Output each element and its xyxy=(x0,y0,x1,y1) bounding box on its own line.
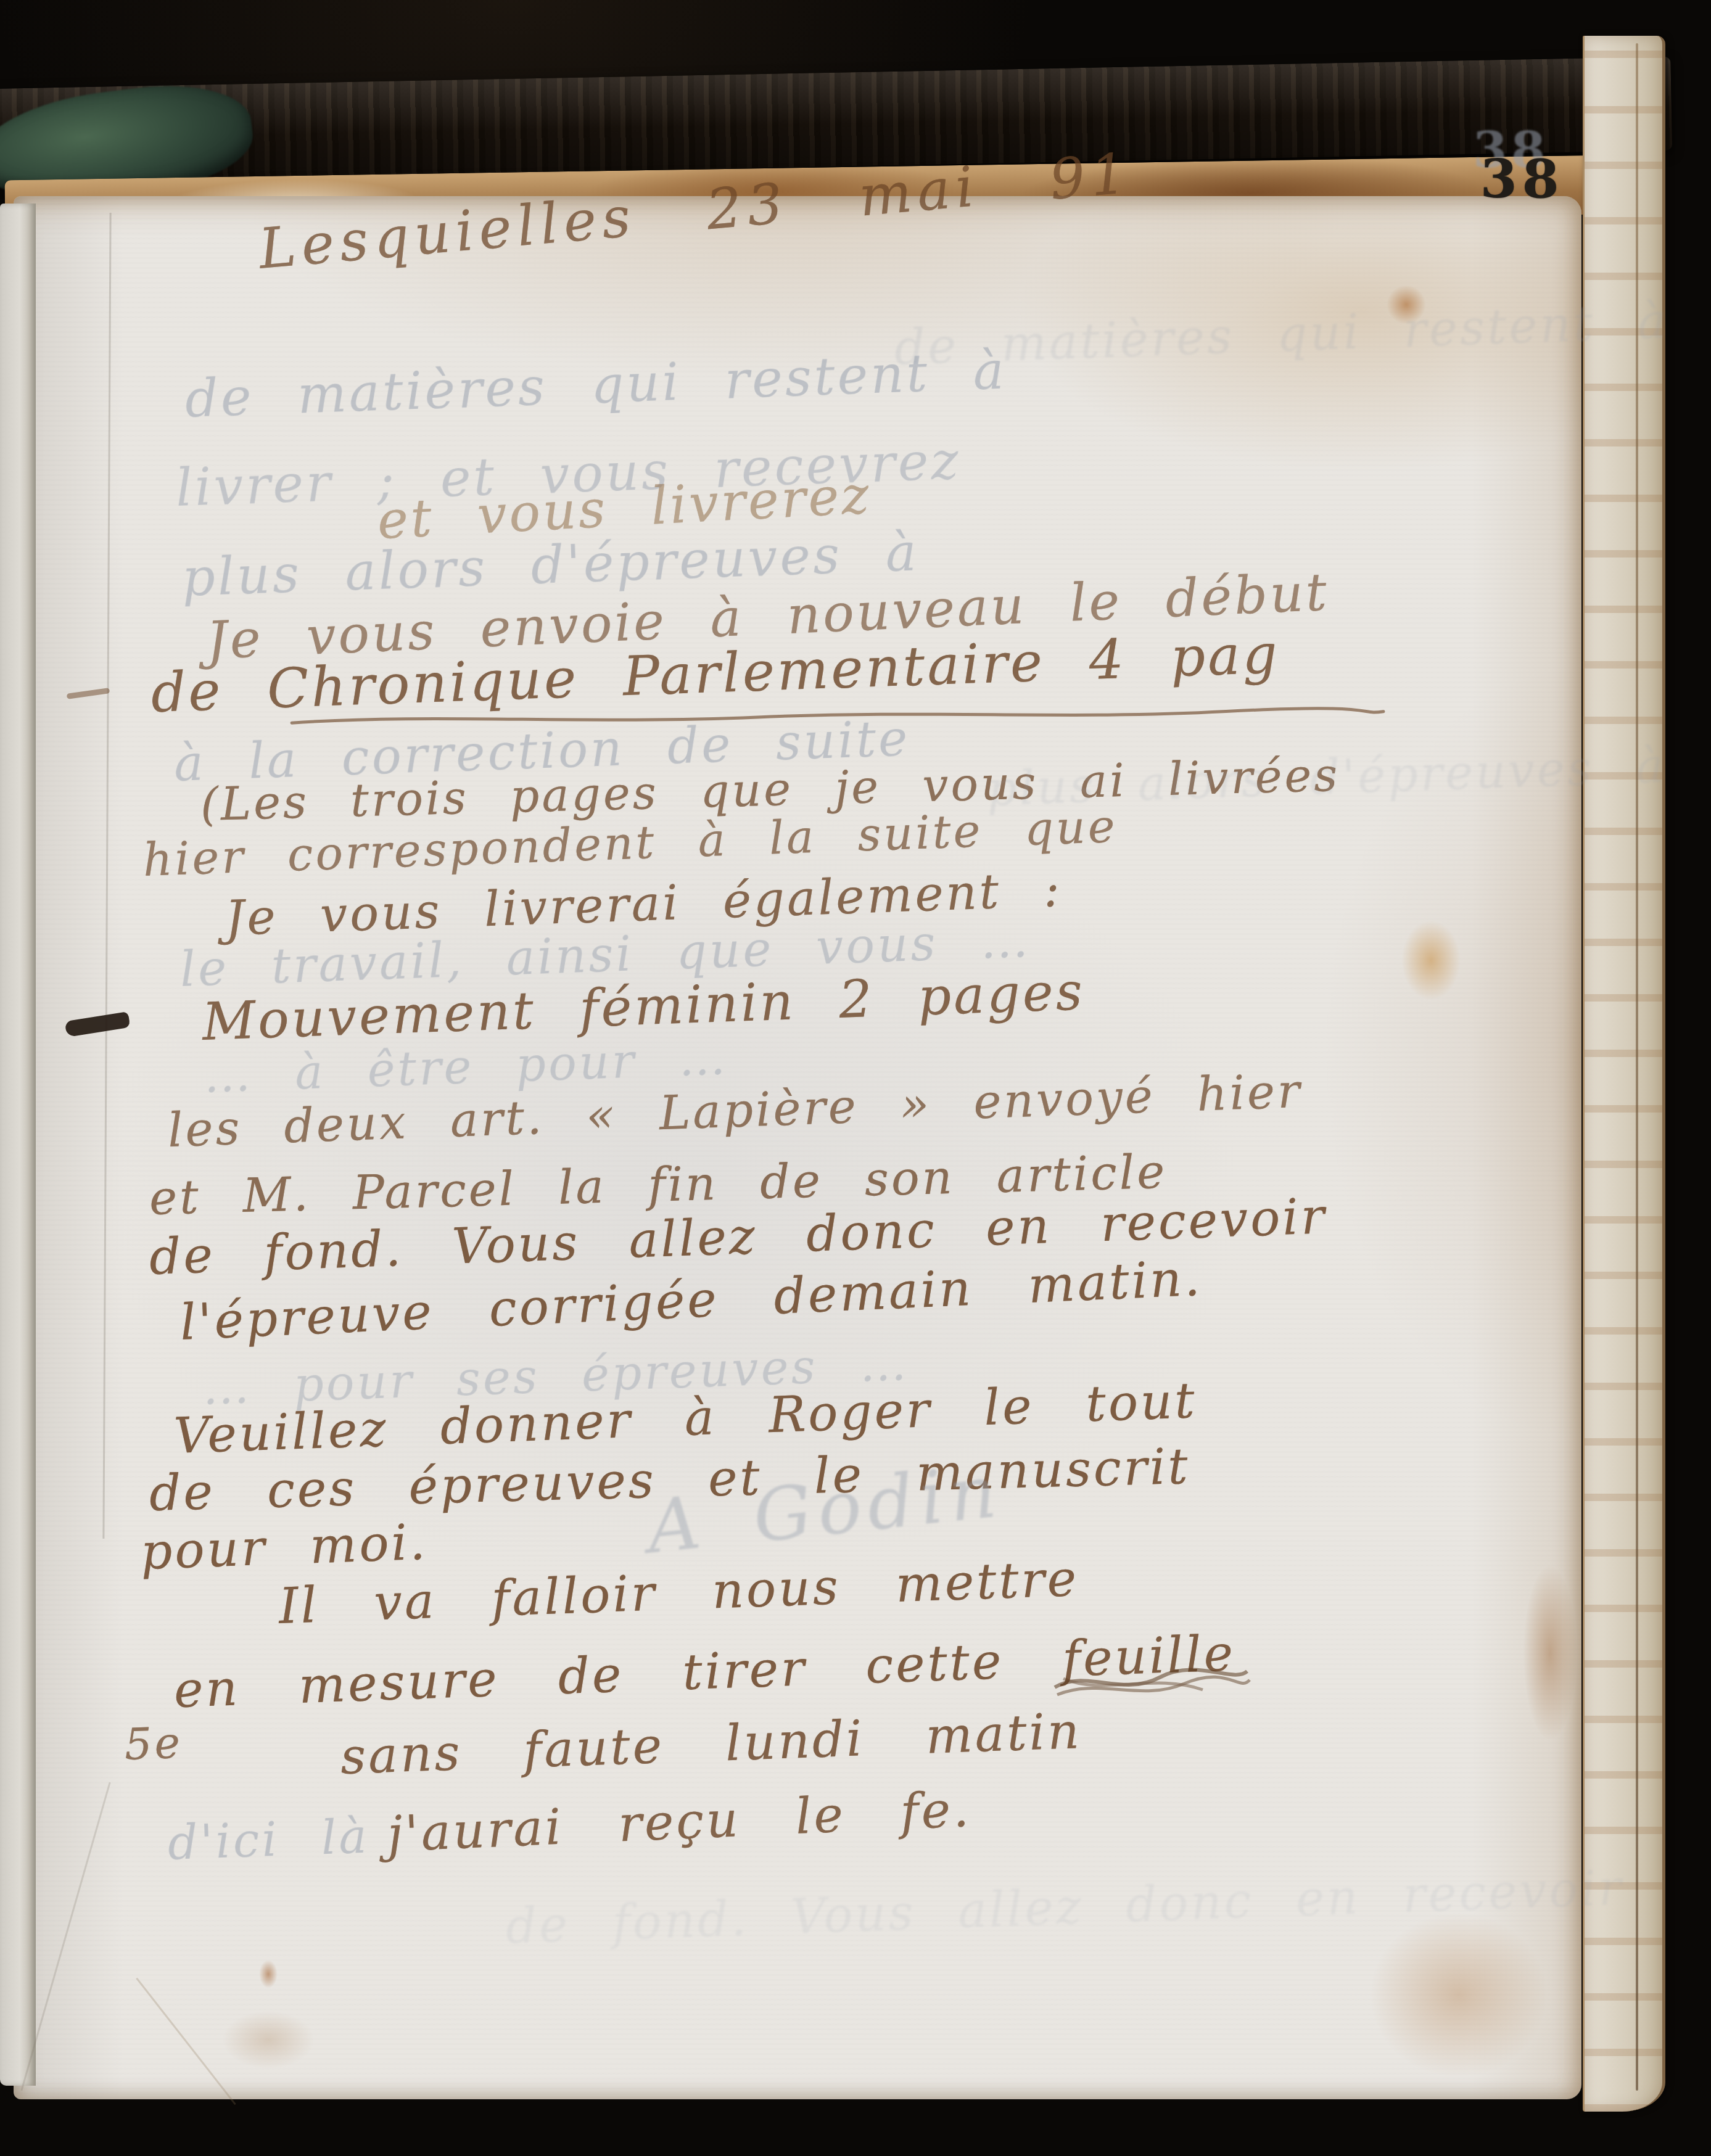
page-number-stamp: 38 xyxy=(1480,147,1565,210)
manuscript-line: 5e xyxy=(124,1718,184,1770)
manuscript-scan: 38 38 Lesquielles 23 mai 91 de matières … xyxy=(0,0,1711,2156)
torn-left-page-stub xyxy=(0,204,36,2086)
strikethrough-scribble xyxy=(1049,1656,1252,1708)
manuscript-line: pour moi. xyxy=(139,1513,429,1581)
manuscript-line: d'ici là xyxy=(167,1809,369,1870)
